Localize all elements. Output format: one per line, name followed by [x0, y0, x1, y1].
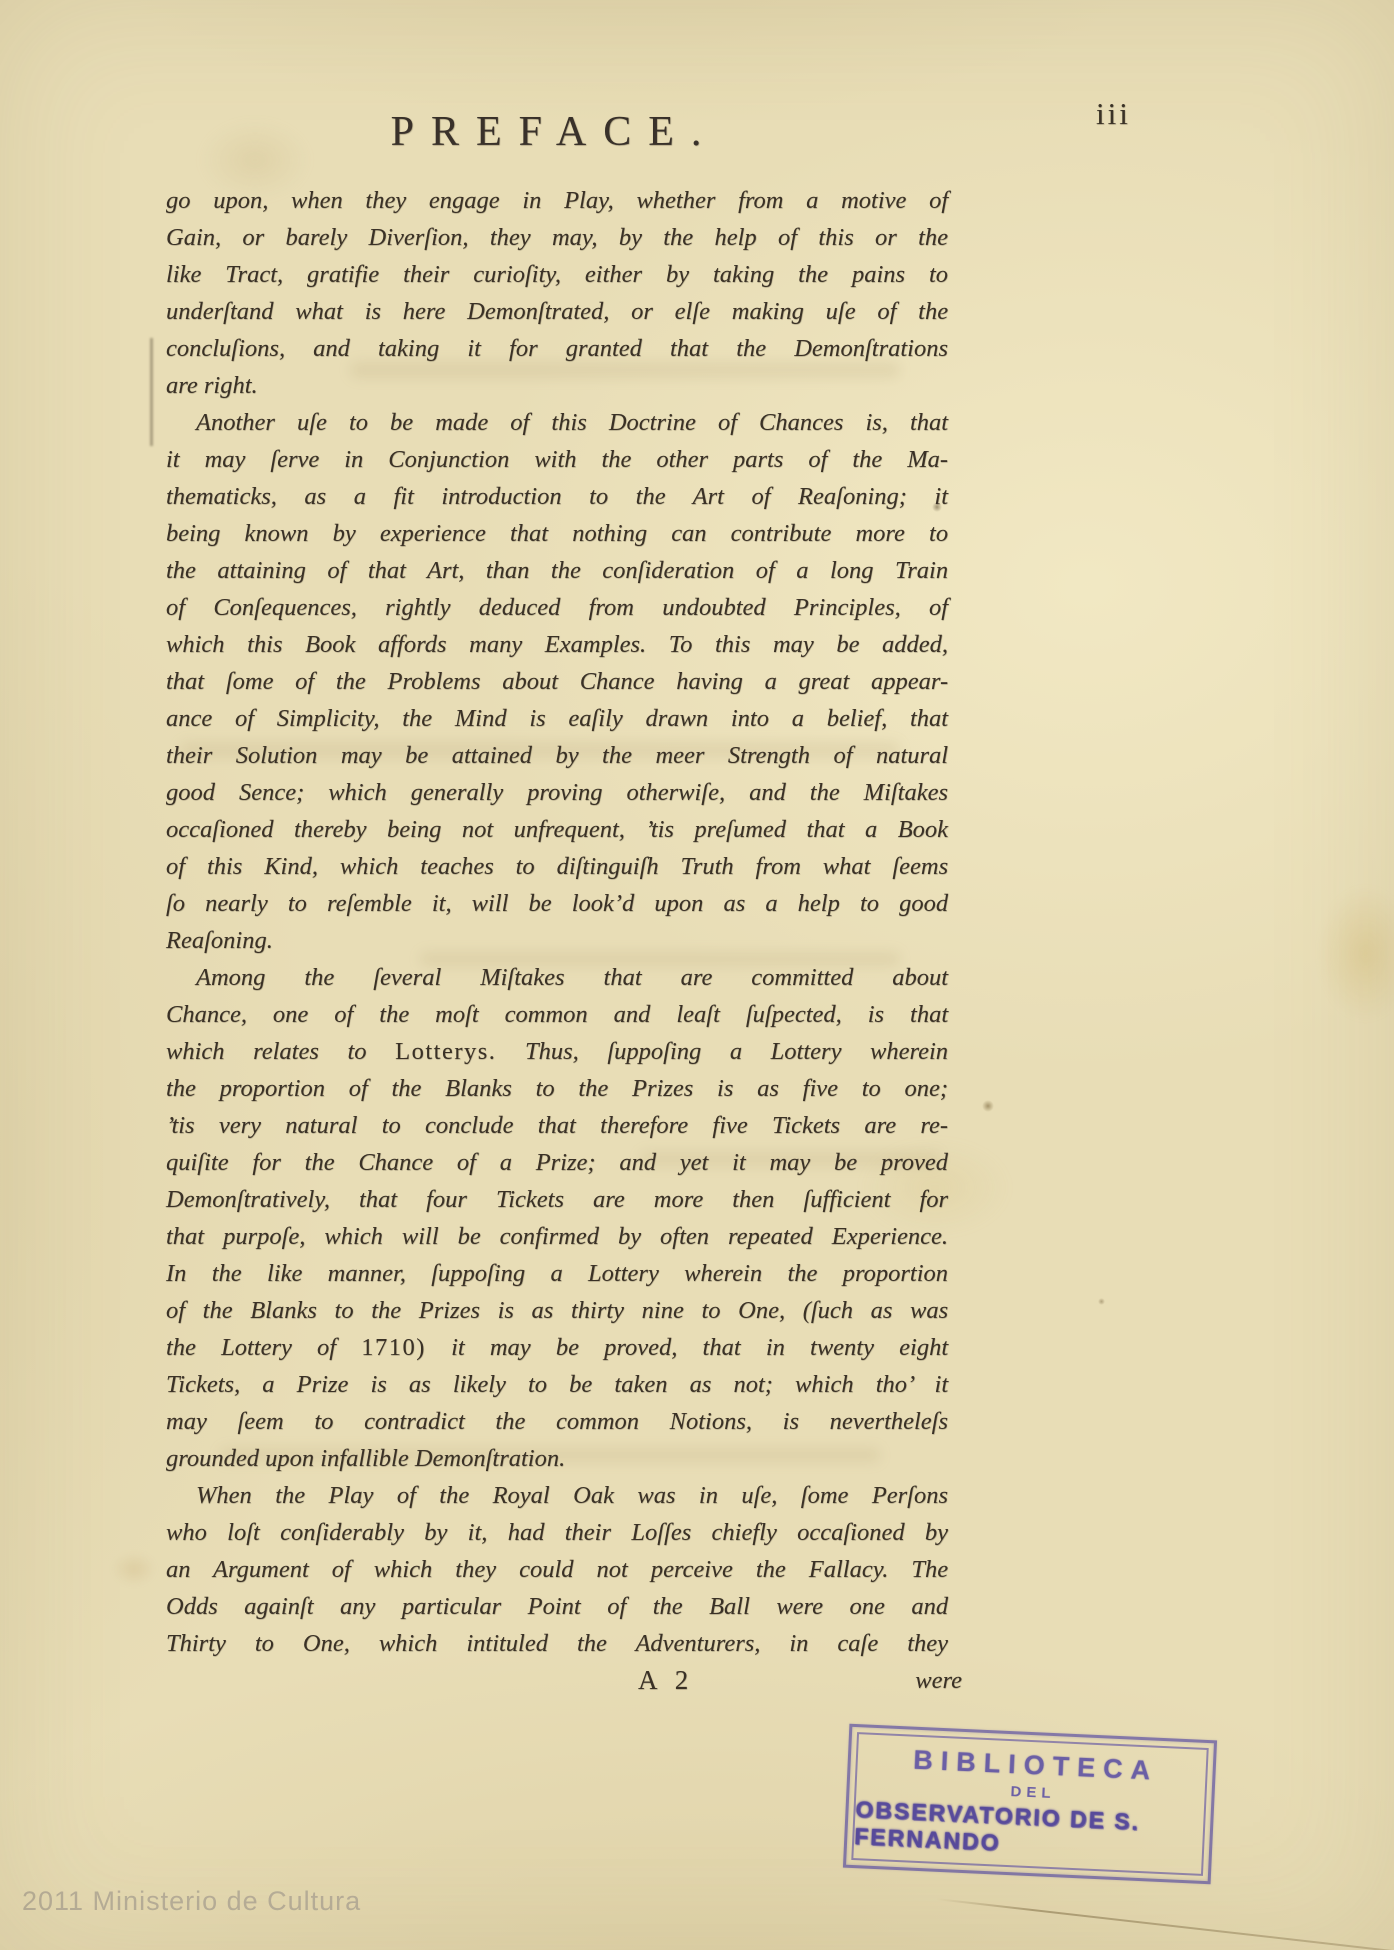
text-line: that purpoſe, which will be confirmed by…: [166, 1218, 948, 1255]
library-stamp: BIBLIOTECA DEL OBSERVATORIO DE S. FERNAN…: [843, 1724, 1217, 1885]
text-line: ’tis very natural to conclude that there…: [166, 1107, 948, 1144]
page-number: iii: [1096, 96, 1131, 132]
library-stamp-line2: DEL: [1005, 1783, 1056, 1802]
text-line: ance of Simplicity, the Mind is eaſily d…: [166, 700, 948, 737]
text-line: grounded upon infallible Demonſtration.: [166, 1440, 948, 1477]
text-line: concluſions, and taking it for granted t…: [166, 330, 948, 367]
library-stamp-border: BIBLIOTECA DEL OBSERVATORIO DE S. FERNAN…: [851, 1732, 1208, 1876]
text-line: Chance, one of the moſt common and leaſt…: [166, 996, 948, 1033]
page-crease: [936, 1898, 1394, 1950]
paper-stain: [1318, 886, 1394, 1021]
text-line: are right.: [166, 367, 948, 404]
text-line: Tickets, a Prize is as likely to be take…: [166, 1366, 948, 1403]
text-line: their Solution may be attained by the me…: [166, 737, 948, 774]
text-line: occaſioned thereby being not unfrequent,…: [166, 811, 948, 848]
catchword: were: [915, 1662, 962, 1699]
signature-row: A 2 were: [166, 1662, 948, 1699]
text-line: Odds againſt any particular Point of the…: [166, 1588, 948, 1625]
text-line: which relates to Lotterys. Thus, ſuppoſi…: [166, 1033, 948, 1070]
text-line: who loſt conſiderably by it, had their L…: [166, 1514, 948, 1551]
text-line: an Argument of which they could not perc…: [166, 1551, 948, 1588]
text-line: underſtand what is here Demonſtrated, or…: [166, 293, 948, 330]
ink-smudge: [150, 338, 153, 446]
text-line: Among the ſeveral Miſtakes that are comm…: [166, 959, 948, 996]
text-line: like Tract, gratifie their curioſity, ei…: [166, 256, 948, 293]
text-line: ſo nearly to reſemble it, will be look’d…: [166, 885, 948, 922]
text-block: go upon, when they engage in Play, wheth…: [166, 182, 948, 1699]
text-line: that ſome of the Problems about Chance h…: [166, 663, 948, 700]
paragraph: Among the ſeveral Miſtakes that are comm…: [166, 959, 948, 1477]
text-line: In the like manner, ſuppoſing a Lottery …: [166, 1255, 948, 1292]
text-line: the Lottery of 1710) it may be proved, t…: [166, 1329, 948, 1366]
library-stamp-line1: BIBLIOTECA: [905, 1744, 1159, 1786]
text-line: Reaſoning.: [166, 922, 948, 959]
text-line: of the Blanks to the Prizes is as thirty…: [166, 1292, 948, 1329]
paragraph: go upon, when they engage in Play, wheth…: [166, 182, 948, 404]
text-line: thematicks, as a fit introduction to the…: [166, 478, 948, 515]
paragraph: Another uſe to be made of this Doctrine …: [166, 404, 948, 959]
text-line: go upon, when they engage in Play, wheth…: [166, 182, 948, 219]
text-line: Thirty to One, which intituled the Adven…: [166, 1625, 948, 1662]
page-title: PREFACE.: [166, 108, 926, 156]
text-line: When the Play of the Royal Oak was in uſ…: [166, 1477, 948, 1514]
text-line: being known by experience that nothing c…: [166, 515, 948, 552]
text-line: of this Kind, which teaches to diſtingui…: [166, 848, 948, 885]
text-line: it may ſerve in Conjunction with the oth…: [166, 441, 948, 478]
book-page: PREFACE. iii go upon, when they engage i…: [0, 0, 1394, 1950]
paragraph: When the Play of the Royal Oak was in uſ…: [166, 1477, 948, 1662]
paper-stain: [1098, 1298, 1105, 1305]
copyright-watermark: 2011 Ministerio de Cultura: [22, 1886, 361, 1917]
text-line: may ſeem to contradict the common Notion…: [166, 1403, 948, 1440]
text-line: Another uſe to be made of this Doctrine …: [166, 404, 948, 441]
paper-stain: [982, 1100, 994, 1112]
paper-stain: [112, 1552, 156, 1586]
text-line: quiſite for the Chance of a Prize; and y…: [166, 1144, 948, 1181]
text-line: of Conſequences, rightly deduced from un…: [166, 589, 948, 626]
library-stamp-line3: OBSERVATORIO DE S. FERNANDO: [854, 1796, 1204, 1866]
text-line: good Sence; which generally proving othe…: [166, 774, 948, 811]
text-line: the attaining of that Art, than the conſ…: [166, 552, 948, 589]
text-line: Gain, or barely Diverſion, they may, by …: [166, 219, 948, 256]
text-line: which this Book affords many Examples. T…: [166, 626, 948, 663]
signature-mark: A 2: [638, 1662, 694, 1699]
text-line: the proportion of the Blanks to the Priz…: [166, 1070, 948, 1107]
text-line: Demonſtratively, that four Tickets are m…: [166, 1181, 948, 1218]
